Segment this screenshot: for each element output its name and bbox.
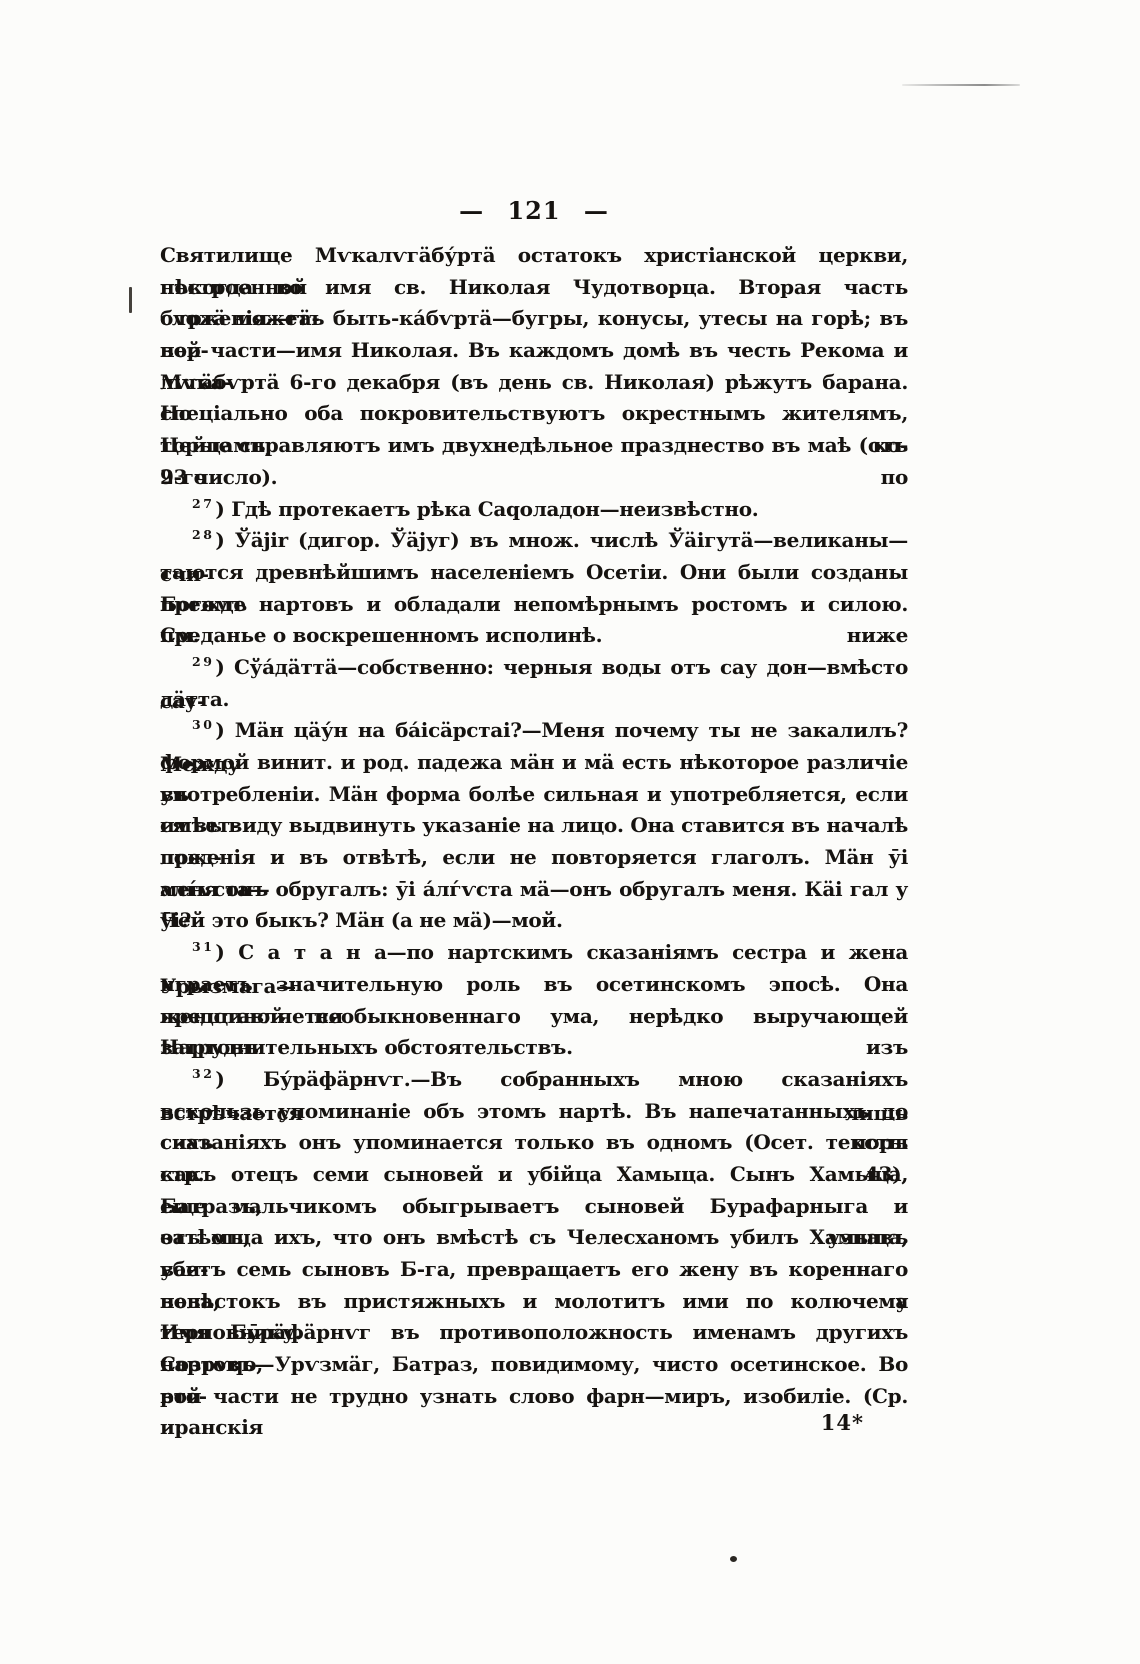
- paragraph-line: нѣкогда во имя св. Николая Чудотворца. В…: [160, 272, 908, 304]
- footnote-marker: 32: [176, 1058, 214, 1090]
- footnote-28-line: прежде нартовъ и обладали непомѣрнымъ ро…: [160, 589, 908, 621]
- scan-artifact-margin-mark: [129, 287, 132, 313]
- footnote-marker: 27: [176, 488, 214, 520]
- footnote-32-line: вскользь упоминаніе объ этомъ нартѣ. Въ …: [160, 1096, 908, 1128]
- footnote-30-line: употребленіи. Мӓн форма болѣе сильная и …: [160, 779, 908, 811]
- footnote-31-line: женщиной необыкновеннаго ума, нерѣдко вы…: [160, 1001, 908, 1033]
- footnote-27-line: 27) Гдѣ протекаетъ рѣка Саqоладон—неизвѣ…: [160, 494, 908, 526]
- scan-artifact-dot: [730, 1556, 737, 1562]
- scan-artifact-line: [902, 84, 1020, 86]
- footnote-32-line: 32) Бу́рӓфӓрнѵг.—Въ собранныхъ мною сказ…: [160, 1064, 908, 1096]
- paragraph-line: вой части—имя Николая. Въ каждомъ домѣ в…: [160, 335, 908, 367]
- footnote-31-line: играетъ значительную роль въ осетинскомъ…: [160, 969, 908, 1001]
- footnote-28-line: таются древнѣйшимъ населеніемъ Осетіи. О…: [160, 557, 908, 589]
- footnote-30-line: ся въ виду выдвинуть указаніе на лицо. О…: [160, 810, 908, 842]
- scanned-book-page: — 121 — Святилище Мѵкалѵгӓбу́ртӓ остаток…: [0, 0, 1140, 1664]
- footnote-28-line: 28) Ўӓjir (дигор. Ўӓjуг) въ множ. числѣ …: [160, 525, 908, 557]
- footnote-30-line: меня онъ обругалъ: ӯі а́лѓѵста мӓ—онъ об…: [160, 874, 908, 906]
- paragraph-line: бѵртӓ можетъ быть-ка́бѵртӓ—бугры, конусы…: [160, 303, 908, 335]
- footnote-32-line: рой части не трудно узнать слово фарн—ми…: [160, 1381, 908, 1413]
- paragraph-line: спеціально оба покровительствуютъ окрест…: [160, 398, 908, 430]
- footnote-32-line: Созрѵqо, Урѵзмӓг, Батраз, повидимому, чи…: [160, 1349, 908, 1381]
- footnote-32-line: какъ отецъ семи сыновей и убійца Хамыца.…: [160, 1159, 908, 1191]
- paragraph-line: Святилище Мѵкалѵгӓбу́ртӓ остатокъ христі…: [160, 240, 908, 272]
- footnote-30-line: 30) Мӓн цӓу́н на ба́ісӓрстаі?—Меня почем…: [160, 715, 908, 747]
- footnote-30-line: формой винит. и род. падежа мӓн и мӓ ест…: [160, 747, 908, 779]
- footnote-marker: 29: [176, 646, 214, 678]
- footnote-marker: 31: [176, 931, 214, 963]
- footnote-32-line: невѣстокъ въ пристяжныхъ и молотитъ ими …: [160, 1286, 908, 1318]
- footnote-30-line: Чей это быкъ? Мӓн (а не мӓ)—мой.: [160, 905, 908, 937]
- paragraph-line: торые справляютъ имъ двухнедѣльное празд…: [160, 430, 908, 462]
- footnote-32-line: еще мальчикомъ обыгрываетъ сыновей Бураф…: [160, 1191, 908, 1223]
- footnote-30-line: ложенія и въ отвѣтѣ, если не повторяется…: [160, 842, 908, 874]
- footnote-29-line: дӓтта.: [160, 684, 908, 716]
- footnote-32-line: ваетъ семь сыновъ Б-га, превращаетъ его …: [160, 1254, 908, 1286]
- paragraph-line: лѵгӓбѵртӓ 6-го декабря (въ день св. Нико…: [160, 367, 908, 399]
- footnote-31-line: 31) С а т а н а—по нартскимъ сказаніямъ …: [160, 937, 908, 969]
- footnote-32-line: Имя Бӯрӓфӓрнѵг въ противоположность имен…: [160, 1317, 908, 1349]
- page-number: — 121 —: [160, 196, 908, 225]
- footnote-32-line: сказаніяхъ онъ упоминается только въ одн…: [160, 1127, 908, 1159]
- footnote-32-line: отъ отца ихъ, что онъ вмѣстѣ съ Челесхан…: [160, 1222, 908, 1254]
- footnote-marker: 28: [176, 519, 214, 551]
- body-text: Святилище Мѵкалѵгӓбу́ртӓ остатокъ христі…: [160, 240, 908, 1412]
- footnote-29-line: 29) Сўа́дӓттӓ—собственно: черныя воды от…: [160, 652, 908, 684]
- signature-mark: 14*: [160, 1410, 864, 1435]
- footnote-marker: 30: [176, 709, 214, 741]
